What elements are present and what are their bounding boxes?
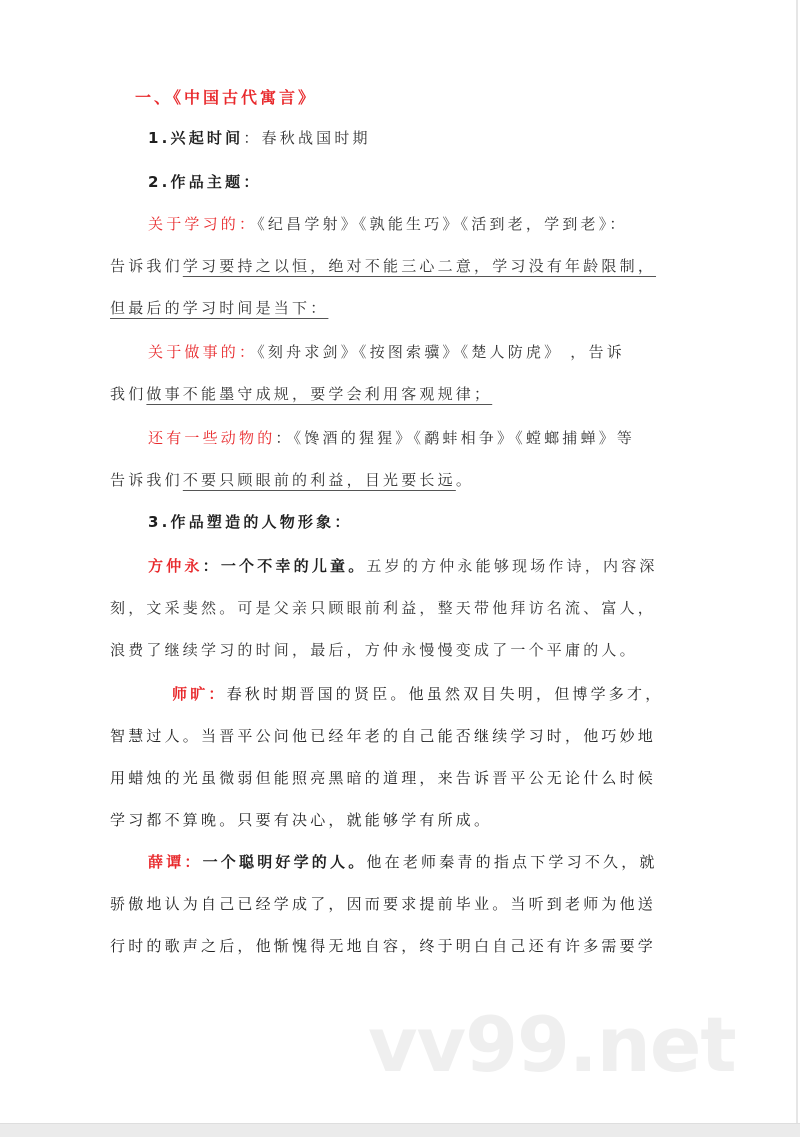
theme-doing-line: 关于做事的：《刻舟求剑》《按图索骥》《楚人防虎》 ，告诉	[148, 342, 723, 362]
character-name: 薛谭	[148, 853, 184, 871]
separator: ：	[239, 343, 257, 361]
character-name: 方仲永	[148, 557, 203, 575]
theme-doing-body: 我们做事不能墨守成规，要学会利用客观规律；	[110, 384, 685, 404]
section-3-label: 3.作品塑造的人物形象：	[148, 512, 723, 532]
character-summary: 一个不幸的儿童。	[221, 557, 367, 575]
character-shikuang-line-4: 学习都不算晚。只要有决心，就能够学有所成。	[110, 810, 685, 830]
section-1-label: 1.兴起时间	[148, 129, 243, 147]
separator: ：	[243, 129, 261, 147]
character-xuetan-line-2: 骄傲地认为自己已经学成了，因而要求提前毕业。当听到老师为他送	[110, 894, 685, 914]
character-xuetan-line-1: 薛谭：一个聪明好学的人。他在老师秦青的指点下学习不久，就	[148, 852, 723, 872]
underlined-text: 不要只顾眼前的利益，目光要长远	[183, 471, 456, 489]
separator: ：	[275, 429, 293, 447]
theme-learning-titles: 《纪昌学射》《孰能生巧》《活到老，学到老》：	[257, 215, 627, 233]
character-fangzhongyong-line-1: 方仲永：一个不幸的儿童。五岁的方仲永能够现场作诗，内容深	[148, 556, 723, 576]
section-1-value: 春秋战国时期	[262, 129, 371, 147]
character-text: 五岁的方仲永能够现场作诗，内容深	[366, 557, 657, 575]
character-text: 他在老师秦青的指点下学习不久，就	[366, 853, 657, 871]
lead-text: 我们	[110, 385, 146, 403]
section-1: 1.兴起时间：春秋战国时期	[148, 128, 723, 148]
theme-doing-label: 关于做事的	[148, 343, 239, 361]
character-text: 春秋时期晋国的贤臣。他虽然双目失明，但博学多才，	[227, 685, 664, 703]
theme-learning-body-1: 告诉我们学习要持之以恒，绝对不能三心二意，学习没有年龄限制，	[110, 256, 685, 276]
lead-text: 告诉我们	[110, 471, 183, 489]
character-shikuang-line-2: 智慧过人。当晋平公问他已经年老的自己能否继续学习时，他巧妙地	[110, 726, 685, 746]
theme-learning-body-2: 但最后的学习时间是当下：	[110, 298, 685, 318]
underlined-text: 但最后的学习时间是当下：	[110, 299, 328, 317]
section-2-label: 2.作品主题：	[148, 172, 723, 192]
document-page: 一、《中国古代寓言》 1.兴起时间：春秋战国时期 2.作品主题： 关于学习的：《…	[0, 0, 798, 1123]
theme-animals-line: 还有一些动物的：《馋酒的猩猩》《鹬蚌相争》《螳螂捕蝉》等	[148, 428, 723, 448]
character-name: 师旷	[172, 685, 208, 703]
underlined-text: 做事不能墨守成规，要学会利用客观规律；	[146, 385, 492, 403]
separator: ：	[203, 557, 221, 575]
separator: ：	[208, 685, 226, 703]
theme-doing-titles: 《刻舟求剑》《按图索骥》《楚人防虎》 ，告诉	[257, 343, 625, 361]
theme-animals-titles: 《馋酒的猩猩》《鹬蚌相争》《螳螂捕蝉》等	[294, 429, 636, 447]
underlined-text: 学习要持之以恒，绝对不能三心二意，学习没有年龄限制，	[183, 257, 656, 275]
character-xuetan-line-3: 行时的歌声之后，他惭愧得无地自容，终于明白自己还有许多需要学	[110, 936, 685, 956]
character-fangzhongyong-line-3: 浪费了继续学习的时间，最后，方仲永慢慢变成了一个平庸的人。	[110, 640, 685, 660]
character-shikuang-line-3: 用蜡烛的光虽微弱但能照亮黑暗的道理，来告诉晋平公无论什么时候	[110, 768, 685, 788]
theme-animals-label: 还有一些动物的	[148, 429, 275, 447]
theme-learning-line: 关于学习的：《纪昌学射》《孰能生巧》《活到老，学到老》：	[148, 214, 723, 234]
theme-learning-label: 关于学习的	[148, 215, 239, 233]
theme-animals-body: 告诉我们不要只顾眼前的利益，目光要长远。	[110, 470, 685, 490]
lead-text: 告诉我们	[110, 257, 183, 275]
tail-text: 。	[456, 471, 474, 489]
watermark: vv99.net	[368, 1000, 736, 1089]
character-summary: 一个聪明好学的人。	[203, 853, 367, 871]
character-fangzhongyong-line-2: 刻，文采斐然。可是父亲只顾眼前利益，整天带他拜访名流、富人，	[110, 598, 685, 618]
separator: ：	[239, 215, 257, 233]
separator: ：	[184, 853, 202, 871]
page-bottom-edge	[0, 1123, 800, 1137]
document-heading: 一、《中国古代寓言》	[135, 88, 710, 108]
character-shikuang-line-1: 师旷：春秋时期晋国的贤臣。他虽然双目失明，但博学多才，	[172, 684, 747, 704]
